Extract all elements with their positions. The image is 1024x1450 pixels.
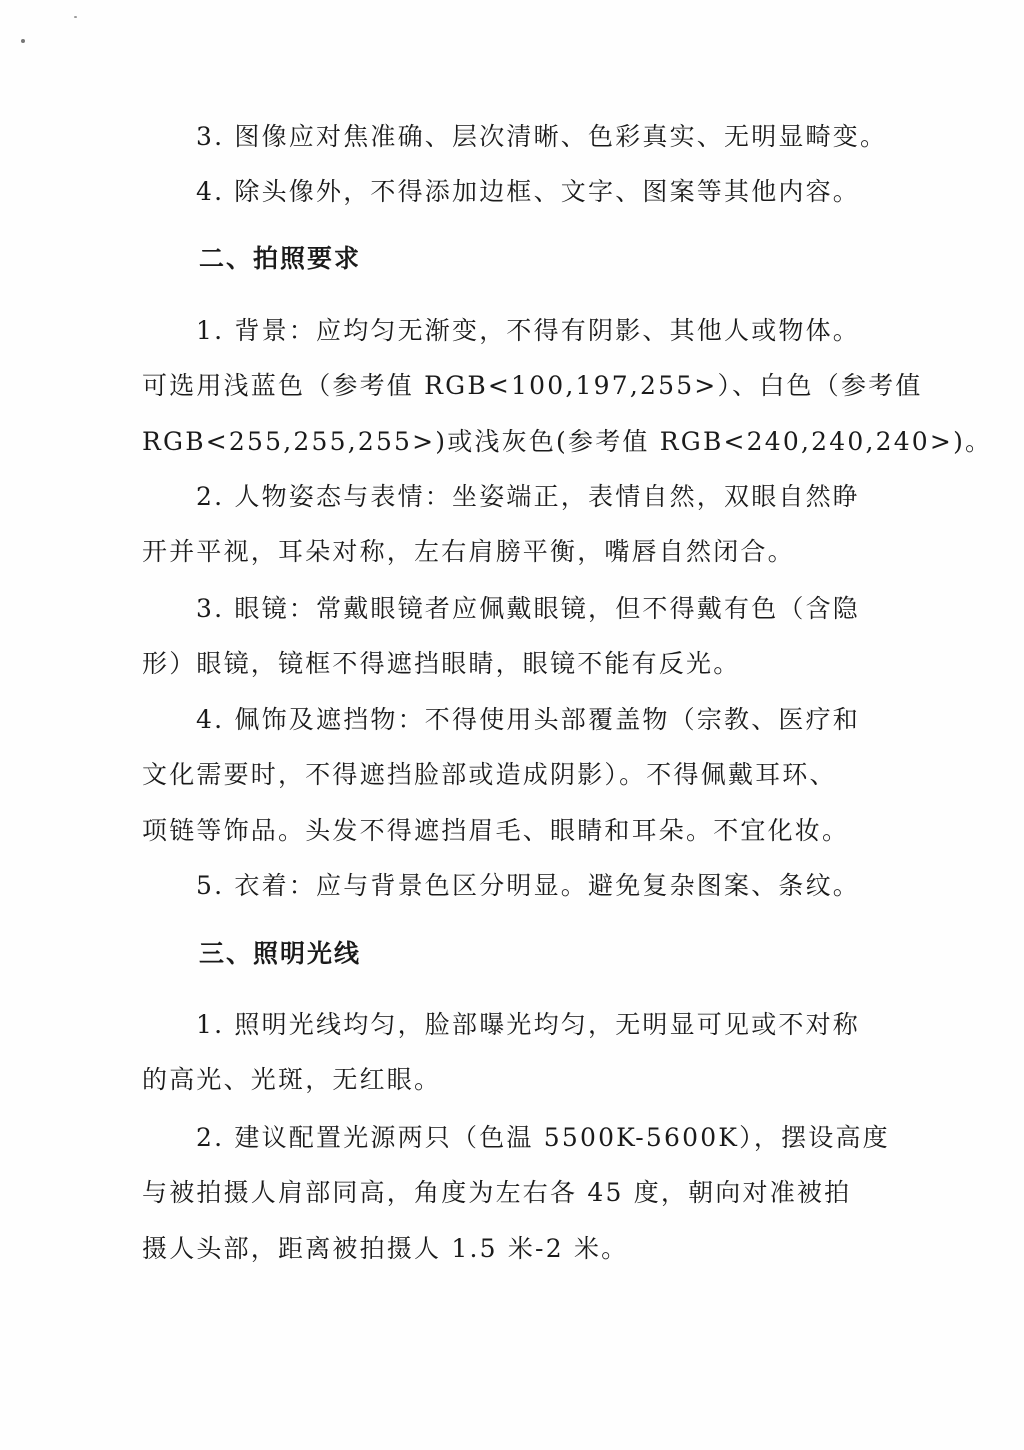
paragraph-line: RGB<255,255,255>)或浅灰色(参考值 RGB<240,240,24… (142, 425, 887, 459)
section-heading-photo-requirements: 二、拍照要求 (199, 242, 361, 276)
paragraph-item-4: 4. 除头像外，不得添加边框、文字、图案等其他内容。 (196, 175, 887, 209)
paragraph-line: 文化需要时，不得遮挡脸部或造成阴影）。不得佩戴耳环、 (142, 758, 887, 792)
paragraph-line: 3. 眼镜：常戴眼镜者应佩戴眼镜，但不得戴有色（含隐 (196, 592, 887, 626)
paragraph-line: 1. 背景：应均匀无渐变，不得有阴影、其他人或物体。 (196, 314, 887, 348)
document-page: 3. 图像应对焦准确、层次清晰、色彩真实、无明显畸变。 4. 除头像外，不得添加… (0, 0, 1024, 1450)
paragraph-line: 形）眼镜，镜框不得遮挡眼睛，眼镜不能有反光。 (142, 647, 887, 681)
paragraph-line: 可选用浅蓝色（参考值 RGB<100,197,255>）、白色（参考值 (142, 369, 887, 403)
paragraph-line: 5. 衣着：应与背景色区分明显。避免复杂图案、条纹。 (196, 869, 887, 903)
paragraph-line: 摄人头部，距离被拍摄人 1.5 米-2 米。 (142, 1232, 887, 1266)
paragraph-line: 开并平视，耳朵对称，左右肩膀平衡，嘴唇自然闭合。 (142, 535, 887, 569)
paragraph-line: 2. 建议配置光源两只（色温 5500K-5600K），摆设高度 (196, 1121, 887, 1155)
paragraph-item-3: 3. 图像应对焦准确、层次清晰、色彩真实、无明显畸变。 (196, 120, 887, 154)
paragraph-line: 1. 照明光线均匀，脸部曝光均匀，无明显可见或不对称 (196, 1008, 887, 1042)
paragraph-line: 2. 人物姿态与表情：坐姿端正，表情自然，双眼自然睁 (196, 480, 887, 514)
section-heading-lighting: 三、照明光线 (199, 937, 361, 971)
paragraph-line: 4. 佩饰及遮挡物：不得使用头部覆盖物（宗教、医疗和 (196, 703, 887, 737)
paragraph-line: 与被拍摄人肩部同高，角度为左右各 45 度，朝向对准被拍 (142, 1176, 887, 1210)
paragraph-line: 项链等饰品。头发不得遮挡眉毛、眼睛和耳朵。不宜化妆。 (142, 814, 887, 848)
scan-speck (21, 39, 25, 43)
paragraph-line: 的高光、光斑，无红眼。 (142, 1063, 887, 1097)
scan-speck (74, 16, 77, 18)
